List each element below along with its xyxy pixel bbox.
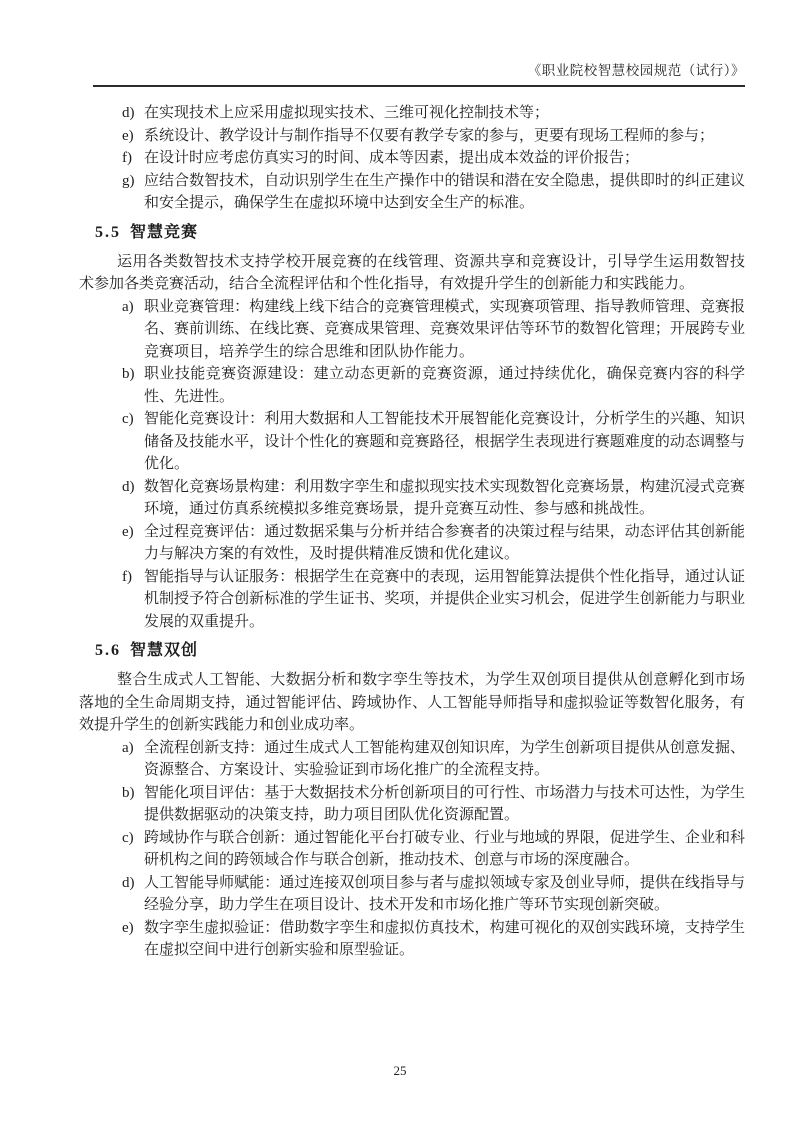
item-text: 全过程竞赛评估：通过数据采集与分析并结合参赛者的决策过程与结果，动态评估其创新能…	[144, 521, 745, 566]
item-label: b)	[122, 363, 144, 408]
section-heading: 5.5智慧竞赛	[95, 222, 745, 244]
item-label: f)	[122, 147, 144, 170]
item-label: b)	[122, 782, 144, 827]
list-item: b) 职业技能竞赛资源建设：建立动态更新的竞赛资源，通过持续优化，确保竞赛内容的…	[79, 363, 745, 408]
section-number: 5.5	[95, 224, 121, 241]
intro-paragraph: 运用各类数智技术支持学校开展竞赛的在线管理、资源共享和竞赛设计，引导学生运用数智…	[79, 251, 745, 296]
item-text: 数智化竞赛场景构建：利用数字孪生和虚拟现实技术实现数智化竞赛场景，构建沉浸式竞赛…	[144, 476, 745, 521]
list-item: a) 全流程创新支持：通过生成式人工智能构建双创知识库，为学生创新项目提供从创意…	[79, 737, 745, 782]
item-label: d)	[122, 102, 144, 125]
list-item: b) 智能化项目评估：基于大数据技术分析创新项目的可行性、市场潜力与技术可达性，…	[79, 782, 745, 827]
section-item-list: a) 职业竞赛管理：构建线上线下结合的竞赛管理模式，实现赛项管理、指导教师管理、…	[79, 296, 745, 634]
item-text: 智能指导与认证服务：根据学生在竞赛中的表现，运用智能算法提供个性化指导，通过认证…	[144, 566, 745, 634]
item-text: 在设计时应考虑仿真实习的时间、成本等因素，提出成本效益的评价报告；	[144, 147, 745, 170]
item-text: 全流程创新支持：通过生成式人工智能构建双创知识库，为学生创新项目提供从创意发掘、…	[144, 737, 745, 782]
item-text: 系统设计、教学设计与制作指导不仅要有教学专家的参与，更要有现场工程师的参与；	[144, 125, 745, 148]
item-label: d)	[122, 476, 144, 521]
list-item: c) 跨域协作与联合创新：通过智能化平台打破专业、行业与地域的界限，促进学生、企…	[79, 827, 745, 872]
list-item: a) 职业竞赛管理：构建线上线下结合的竞赛管理模式，实现赛项管理、指导教师管理、…	[79, 296, 745, 364]
page-header: 《职业院校智慧校园规范（试行）》	[93, 0, 745, 87]
item-label: e)	[122, 125, 144, 148]
item-label: a)	[122, 737, 144, 782]
item-text: 职业竞赛管理：构建线上线下结合的竞赛管理模式，实现赛项管理、指导教师管理、竞赛报…	[144, 296, 745, 364]
list-item: f) 在设计时应考虑仿真实习的时间、成本等因素，提出成本效益的评价报告；	[79, 147, 745, 170]
list-item: e) 系统设计、教学设计与制作指导不仅要有教学专家的参与，更要有现场工程师的参与…	[79, 125, 745, 148]
item-label: c)	[122, 827, 144, 872]
item-label: f)	[122, 566, 144, 634]
section-5-5: 5.5智慧竞赛 运用各类数智技术支持学校开展竞赛的在线管理、资源共享和竞赛设计，…	[79, 222, 745, 634]
document-page: 《职业院校智慧校园规范（试行）》 d) 在实现技术上应采用虚拟现实技术、三维可视…	[0, 0, 800, 1131]
document-body: d) 在实现技术上应采用虚拟现实技术、三维可视化控制技术等； e) 系统设计、教…	[79, 102, 745, 962]
item-text: 应结合数智技术，自动识别学生在生产操作中的错误和潜在安全隐患，提供即时的纠正建议…	[144, 170, 745, 215]
section-5-6: 5.6智慧双创 整合生成式人工智能、大数据分析和数字孪生等技术，为学生双创项目提…	[79, 640, 745, 962]
item-label: e)	[122, 917, 144, 962]
item-label: c)	[122, 408, 144, 476]
section-title: 智慧竞赛	[130, 224, 198, 241]
section-heading: 5.6智慧双创	[95, 640, 745, 662]
item-label: d)	[122, 872, 144, 917]
item-text: 智能化项目评估：基于大数据技术分析创新项目的可行性、市场潜力与技术可达性，为学生…	[144, 782, 745, 827]
section-title: 智慧双创	[130, 642, 198, 659]
list-item: f) 智能指导与认证服务：根据学生在竞赛中的表现，运用智能算法提供个性化指导，通…	[79, 566, 745, 634]
item-text: 人工智能导师赋能：通过连接双创项目参与者与虚拟领域专家及创业导师，提供在线指导与…	[144, 872, 745, 917]
item-text: 在实现技术上应采用虚拟现实技术、三维可视化控制技术等；	[144, 102, 745, 125]
header-title: 《职业院校智慧校园规范（试行）》	[93, 62, 745, 80]
list-item: d) 人工智能导师赋能：通过连接双创项目参与者与虚拟领域专家及创业导师，提供在线…	[79, 872, 745, 917]
list-item: c) 智能化竞赛设计：利用大数据和人工智能技术开展智能化竞赛设计，分析学生的兴趣…	[79, 408, 745, 476]
item-label: a)	[122, 296, 144, 364]
section-item-list: a) 全流程创新支持：通过生成式人工智能构建双创知识库，为学生创新项目提供从创意…	[79, 737, 745, 962]
page-footer: 25	[0, 1063, 800, 1079]
list-item: d) 在实现技术上应采用虚拟现实技术、三维可视化控制技术等；	[79, 102, 745, 125]
list-item: e) 全过程竞赛评估：通过数据采集与分析并结合参赛者的决策过程与结果，动态评估其…	[79, 521, 745, 566]
item-text: 数字孪生虚拟验证：借助数字孪生和虚拟仿真技术，构建可视化的双创实践环境，支持学生…	[144, 917, 745, 962]
item-text: 职业技能竞赛资源建设：建立动态更新的竞赛资源，通过持续优化，确保竞赛内容的科学性…	[144, 363, 745, 408]
list-item: g) 应结合数智技术，自动识别学生在生产操作中的错误和潜在安全隐患，提供即时的纠…	[79, 170, 745, 215]
leading-item-list: d) 在实现技术上应采用虚拟现实技术、三维可视化控制技术等； e) 系统设计、教…	[79, 102, 745, 215]
list-item: d) 数智化竞赛场景构建：利用数字孪生和虚拟现实技术实现数智化竞赛场景，构建沉浸…	[79, 476, 745, 521]
item-label: e)	[122, 521, 144, 566]
item-text: 智能化竞赛设计：利用大数据和人工智能技术开展智能化竞赛设计，分析学生的兴趣、知识…	[144, 408, 745, 476]
page-number: 25	[394, 1063, 407, 1078]
section-number: 5.6	[95, 642, 121, 659]
list-item: e) 数字孪生虚拟验证：借助数字孪生和虚拟仿真技术，构建可视化的双创实践环境，支…	[79, 917, 745, 962]
item-label: g)	[122, 170, 144, 215]
item-text: 跨域协作与联合创新：通过智能化平台打破专业、行业与地域的界限，促进学生、企业和科…	[144, 827, 745, 872]
intro-paragraph: 整合生成式人工智能、大数据分析和数字孪生等技术，为学生双创项目提供从创意孵化到市…	[79, 669, 745, 737]
